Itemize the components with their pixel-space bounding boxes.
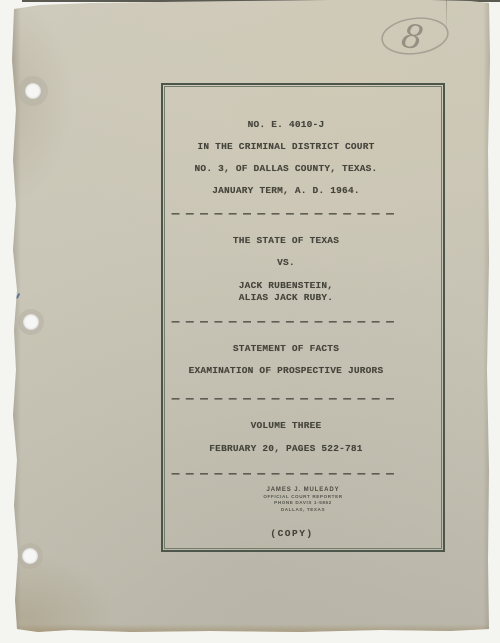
case-number: NO. E. 4010-J bbox=[144, 119, 428, 131]
court-line-2: NO. 3, OF DALLAS COUNTY, TEXAS. bbox=[144, 163, 428, 175]
copy-label: (COPY) bbox=[150, 528, 434, 540]
punch-hole-middle bbox=[23, 314, 39, 330]
pencil-circle-annotation: 8 bbox=[376, 12, 454, 60]
separator-dashes-4: ———————————————— bbox=[144, 469, 428, 479]
separator-dashes-3: ———————————————— bbox=[144, 394, 428, 404]
court-reporter-stamp: JAMES J. MULEADY OFFICIAL COURT REPORTER… bbox=[161, 487, 445, 513]
stamp-reporter-name: JAMES J. MULEADY bbox=[161, 487, 445, 494]
scanned-document-screenshot: { "doc": { "case_number": "NO. E. 4010-J… bbox=[0, 0, 500, 643]
volume-line-2: FEBRUARY 20, PAGES 522-781 bbox=[144, 443, 428, 455]
term-line: JANUARY TERM, A. D. 1964. bbox=[144, 185, 428, 197]
separator-dashes-2: ———————————————— bbox=[144, 317, 428, 327]
punch-hole-bottom bbox=[22, 548, 38, 564]
party-vs: VS. bbox=[144, 257, 428, 269]
right-edge-shade bbox=[483, 0, 490, 633]
party-defendant-2: ALIAS JACK RUBY. bbox=[144, 292, 428, 304]
pencil-page-number: 8 bbox=[399, 16, 426, 58]
separator-dashes-1: ———————————————— bbox=[144, 209, 428, 219]
bottom-edge-shade bbox=[12, 624, 490, 632]
title-line-1: STATEMENT OF FACTS bbox=[144, 343, 428, 355]
torn-left-edge-shade bbox=[12, 0, 21, 643]
stamp-city: DALLAS, TEXAS bbox=[161, 507, 445, 513]
court-line-1: IN THE CRIMINAL DISTRICT COURT bbox=[144, 141, 428, 153]
volume-line-1: VOLUME THREE bbox=[144, 420, 428, 432]
document-page: NO. E. 4010-J IN THE CRIMINAL DISTRICT C… bbox=[0, 0, 500, 643]
punch-hole-top bbox=[25, 83, 41, 99]
party-plaintiff: THE STATE OF TEXAS bbox=[144, 235, 428, 247]
title-line-2: EXAMINATION OF PROSPECTIVE JURORS bbox=[144, 365, 428, 377]
party-defendant-1: JACK RUBENSTEIN, bbox=[144, 280, 428, 292]
